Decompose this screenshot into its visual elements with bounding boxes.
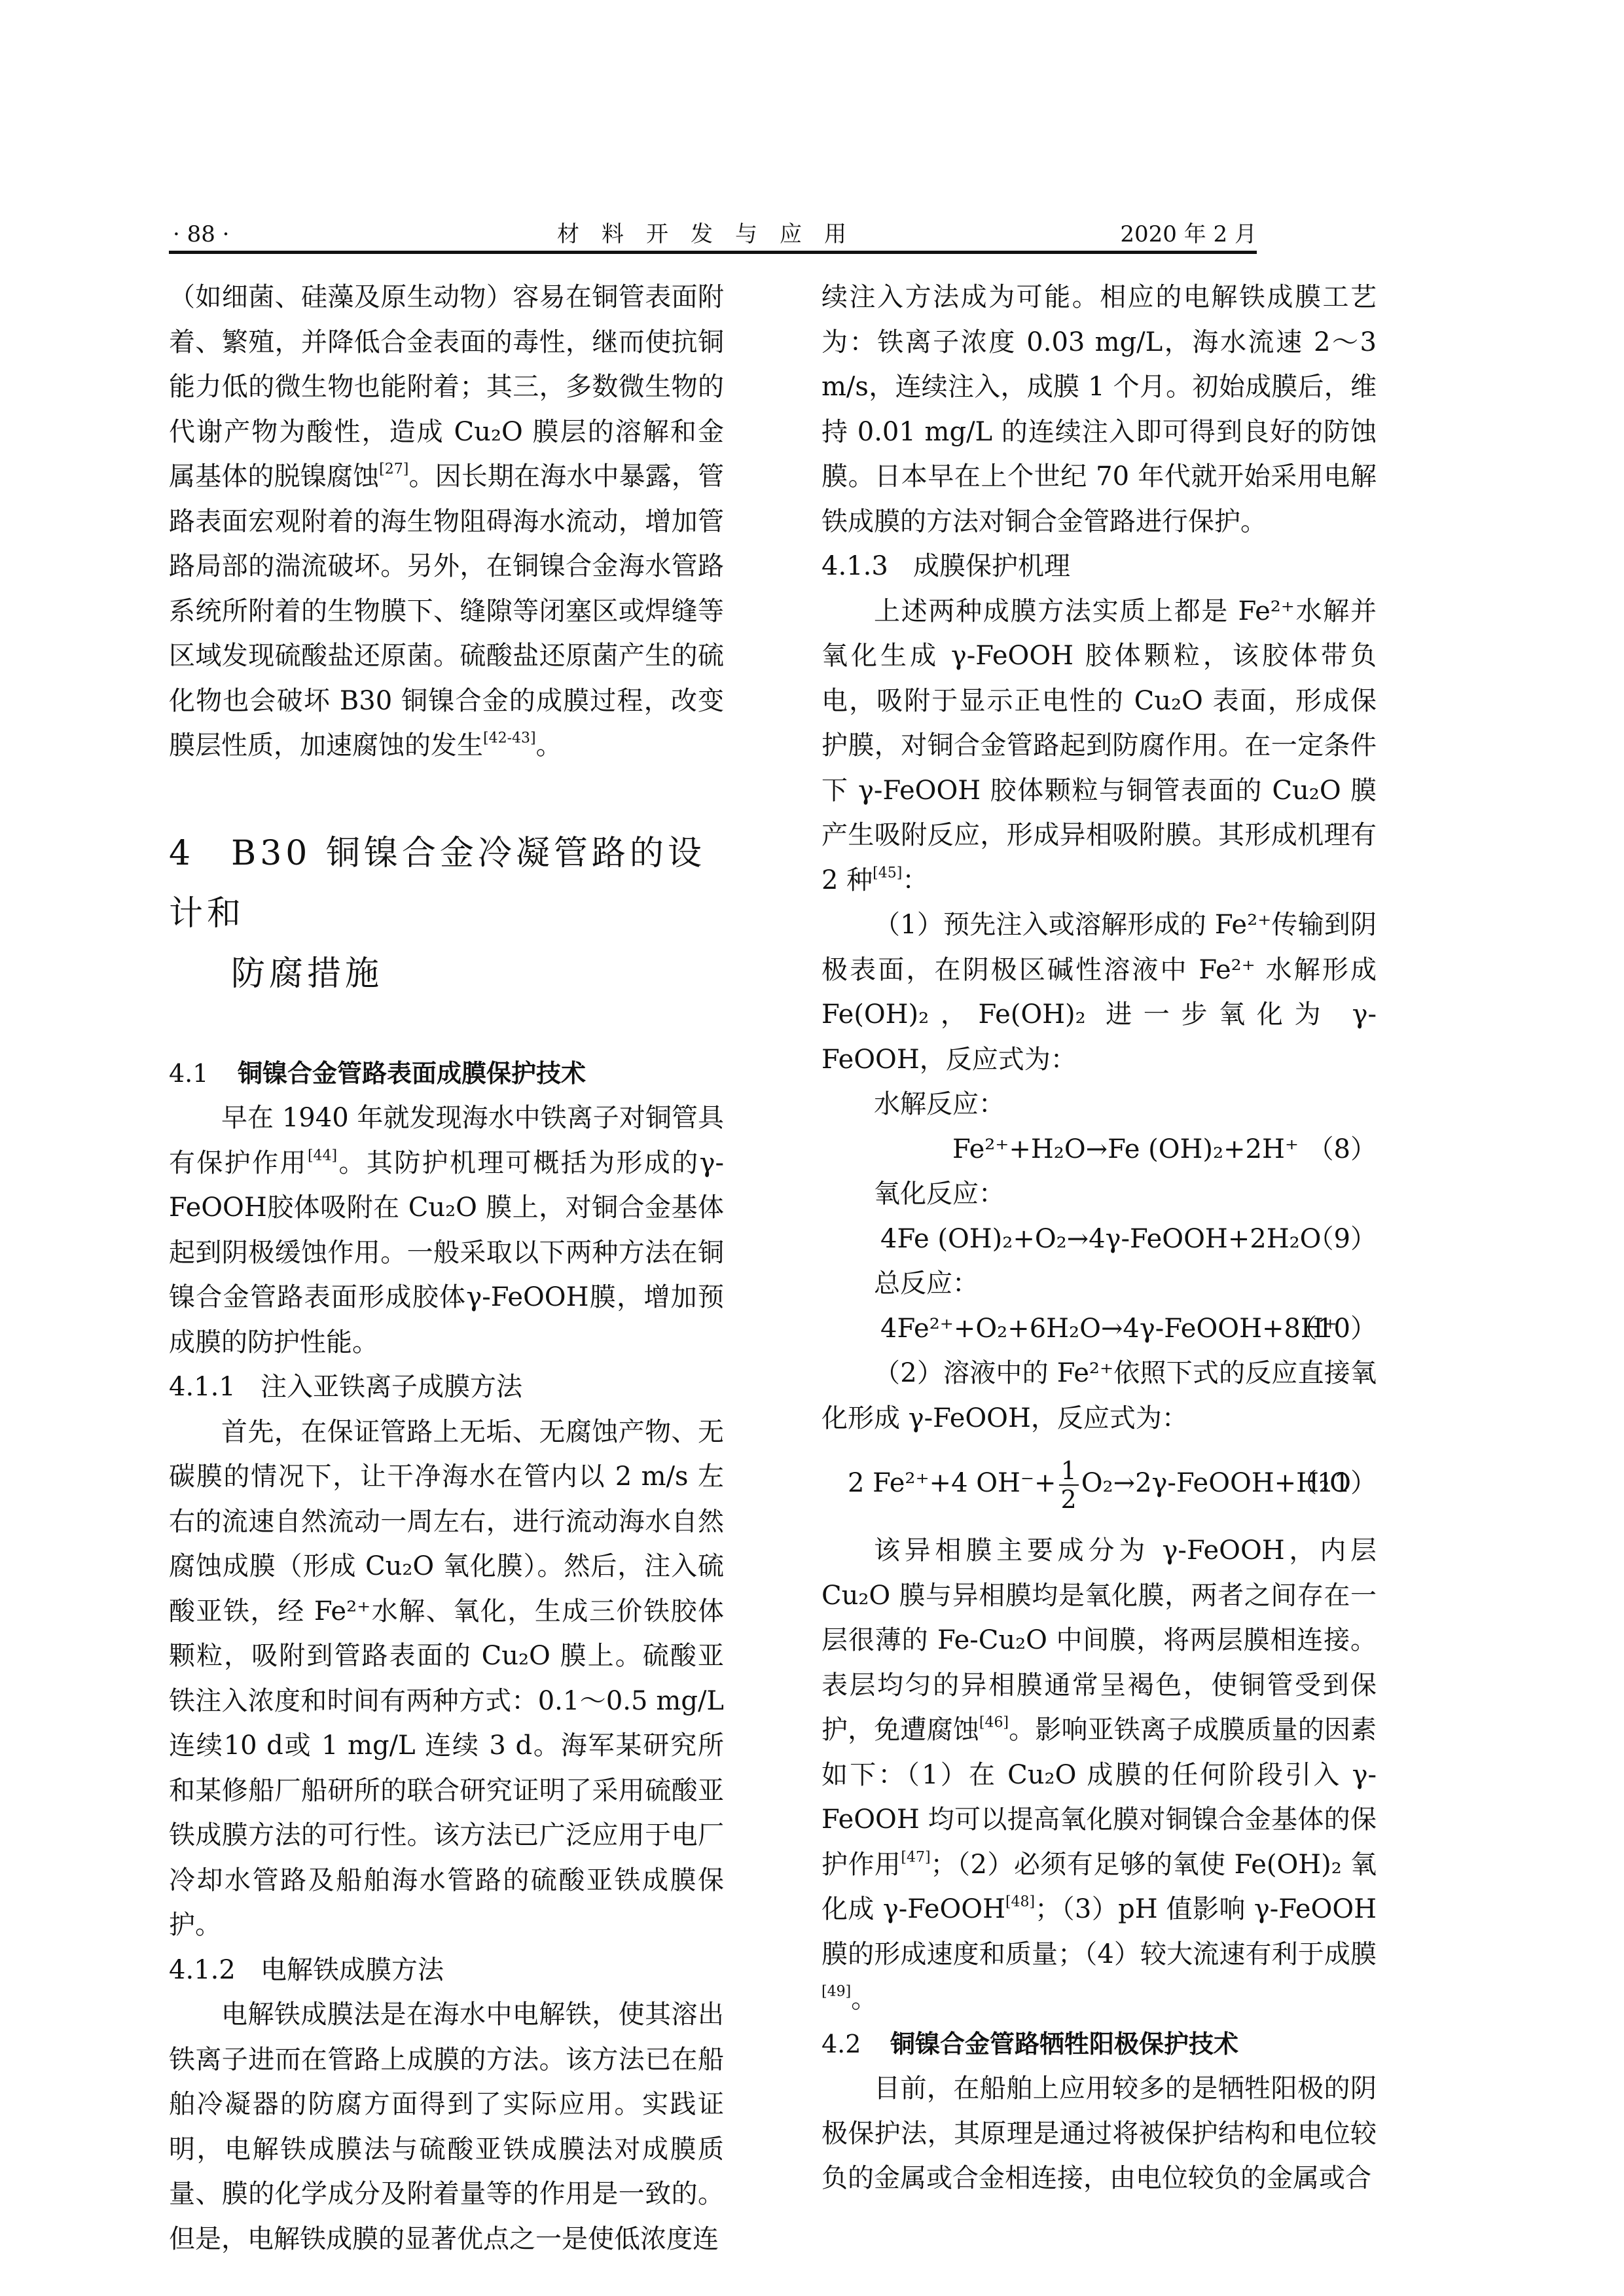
paragraph: 早在 1940 年就发现海水中铁离子对铜管具有保护作用[44]。其防护机理可概括… — [169, 1096, 724, 1365]
equation-8: Fe²⁺+H₂O→Fe (OH)₂+2H⁺（8） — [821, 1127, 1377, 1172]
citation: [49] — [821, 1983, 851, 2000]
paragraph: 上述两种成膜方法实质上都是 Fe²⁺水解并氧化生成 γ-FeOOH 胶体颗粒，该… — [821, 589, 1377, 903]
equation-11: 2 Fe²⁺+4 OH⁻+12O₂→2γ-FeOOH+H₂O（11） — [821, 1447, 1377, 1519]
citation: [27] — [379, 461, 408, 477]
label-total: 总反应： — [821, 1261, 1377, 1306]
equation-10: 4Fe²⁺+O₂+6H₂O→4γ-FeOOH+8H⁺（10） — [821, 1306, 1377, 1352]
label-hydrolysis: 水解反应： — [821, 1082, 1377, 1127]
paragraph: 该异相膜主要成分为 γ-FeOOH，内层 Cu₂O 膜与异相膜均是氧化膜，两者之… — [821, 1528, 1377, 2022]
left-column: （如细菌、硅藻及原生动物）容易在铜管表面附着、繁殖，并降低合金表面的毒性，继而使… — [169, 275, 724, 2261]
paragraph: 首先，在保证管路上无垢、无腐蚀产物、无碳膜的情况下，让干净海水在管内以 2 m/… — [169, 1410, 724, 1948]
section-heading-4: 4B30 铜镍合金冷凝管路的设计和 防腐措施 — [169, 823, 724, 1004]
citation: [44] — [308, 1147, 337, 1164]
section-heading-4-1-2: 4.1.2电解铁成膜方法 — [169, 1948, 724, 1993]
paragraph: （如细菌、硅藻及原生动物）容易在铜管表面附着、繁殖，并降低合金表面的毒性，继而使… — [169, 275, 724, 768]
paragraph: 续注入方法成为可能。相应的电解铁成膜工艺为：铁离子浓度 0.03 mg/L，海水… — [821, 275, 1377, 544]
paragraph: （1）预先注入或溶解形成的 Fe²⁺传输到阴极表面，在阴极区碱性溶液中 Fe²⁺… — [821, 903, 1377, 1082]
citation: [42-43] — [483, 730, 536, 746]
fraction: 12 — [1059, 1458, 1079, 1512]
section-heading-4-1-1: 4.1.1注入亚铁离子成膜方法 — [169, 1365, 724, 1410]
right-column: 续注入方法成为可能。相应的电解铁成膜工艺为：铁离子浓度 0.03 mg/L，海水… — [821, 275, 1377, 2201]
citation: [48] — [1005, 1893, 1035, 1910]
citation: [45] — [873, 865, 902, 881]
citation: [46] — [979, 1714, 1009, 1731]
equation-9: 4Fe (OH)₂+O₂→4γ-FeOOH+2H₂O（9） — [821, 1217, 1377, 1262]
section-heading-4-1: 4.1铜镍合金管路表面成膜保护技术 — [169, 1051, 724, 1096]
issue-date: 2020 年 2 月 — [1120, 216, 1257, 253]
paragraph: （2）溶液中的 Fe²⁺依照下式的反应直接氧化形成 γ-FeOOH，反应式为： — [821, 1351, 1377, 1441]
journal-title: 材料开发与应用 — [169, 216, 1257, 253]
paragraph: 目前，在船舶上应用较多的是牺牲阳极的阴极保护法，其原理是通过将被保护结构和电位较… — [821, 2066, 1377, 2201]
header-rule — [169, 251, 1257, 254]
section-heading-4-2: 4.2铜镍合金管路牺牲阳极保护技术 — [821, 2022, 1377, 2067]
section-heading-4-1-3: 4.1.3成膜保护机理 — [821, 544, 1377, 589]
citation: [47] — [901, 1849, 930, 1865]
running-header: · 88 · 材料开发与应用 2020 年 2 月 — [169, 216, 1257, 253]
label-oxidation: 氧化反应： — [821, 1172, 1377, 1217]
paragraph: 电解铁成膜法是在海水中电解铁，使其溶出铁离子进而在管路上成膜的方法。该方法已在船… — [169, 1992, 724, 2261]
